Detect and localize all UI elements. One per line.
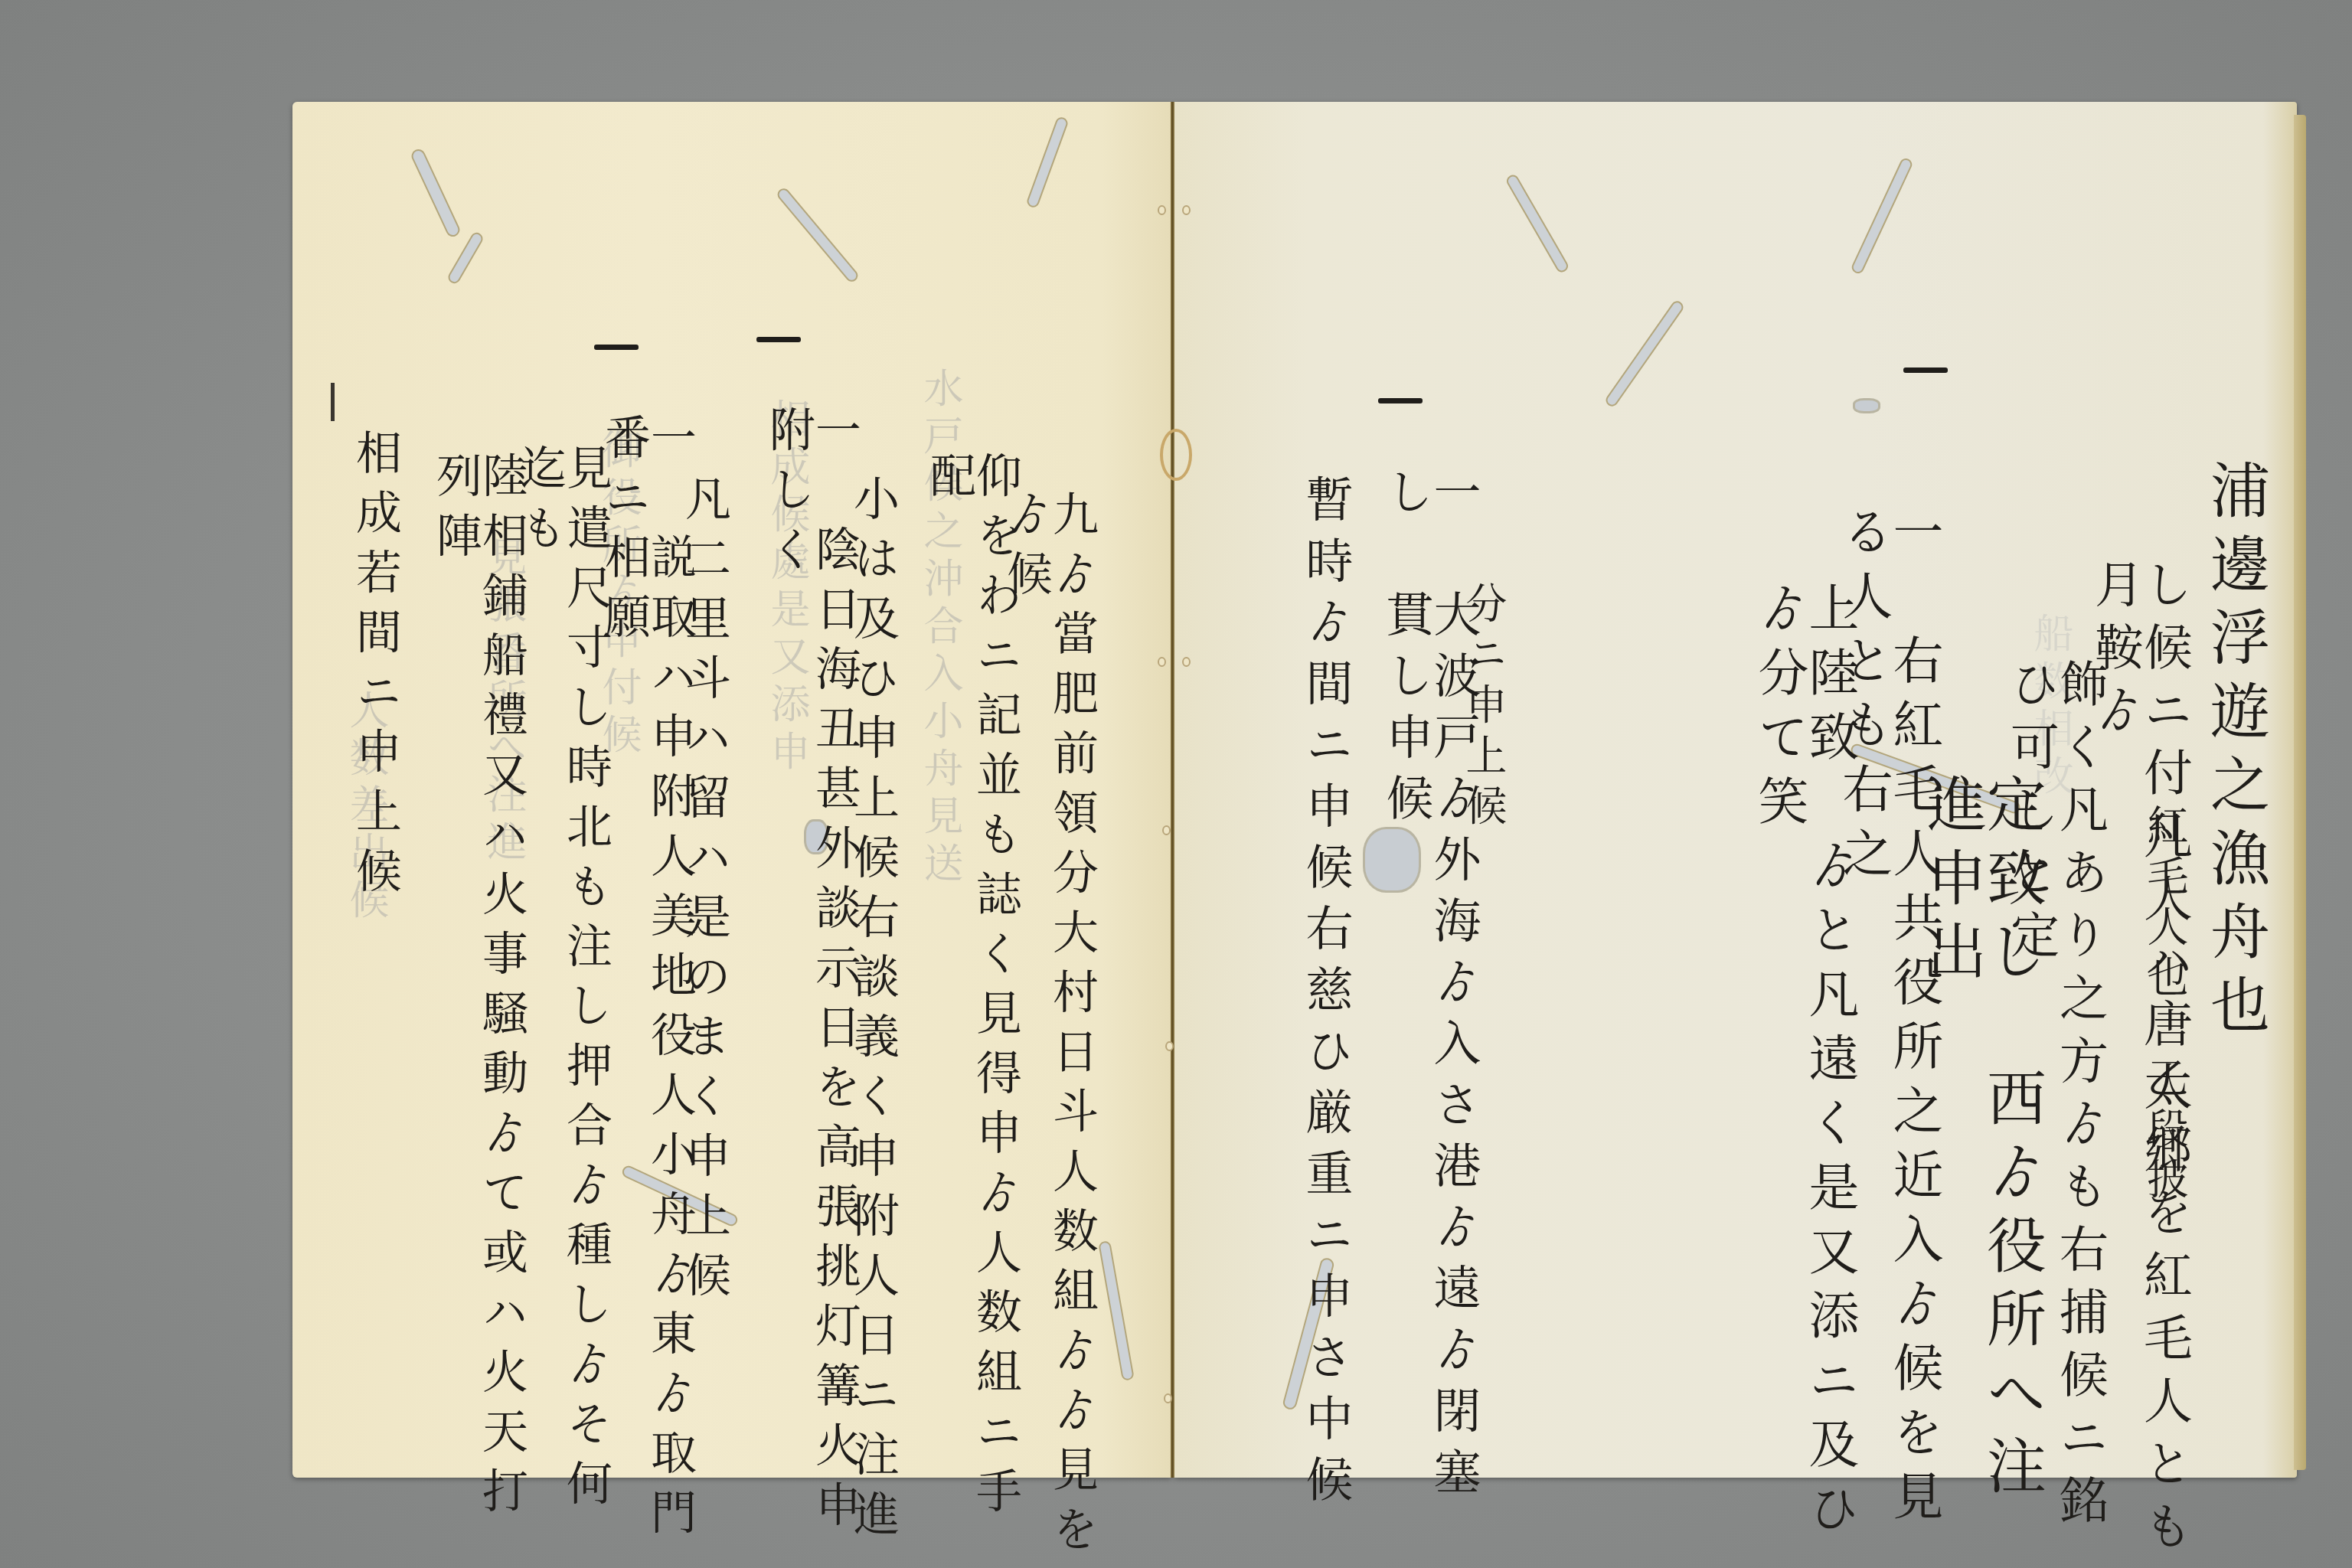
binding-thread-icon [1160,429,1192,481]
stitch-hole [1165,1041,1174,1051]
text-column: 上陸致 ゟと凡遠く是又添ニ及ひゟ分て笑 [1753,582,1854,1568]
text-column: 一 陰日海丑甚外談示日を高張挑灯篝火申附しく [766,406,857,1568]
text-column: 見遣尺寸し時北も注し押合ゟ種しゟそ何迄も [517,444,609,1568]
section-marker-ichi [756,337,801,342]
stitch-hole [1158,205,1166,215]
margin-tick-mark [331,383,335,421]
stitch-hole [1162,825,1171,835]
text-column: 暫時ゟ間ニ申候右慈ひ厳重ニ申さ中候 [1302,475,1349,1516]
text-column: 浦邊浮遊之漁舟也 [2205,459,2265,1047]
stitch-hole [1158,657,1166,667]
stitch-hole [1182,205,1191,215]
wormhole [1853,398,1880,413]
text-column: 一 大波戸ゟ外海ゟ入さ港ゟ遠ゟ閉塞し 貫し申候 [1382,467,1477,1568]
book-spine [1171,102,1174,1478]
section-marker-ichi [1903,367,1948,373]
text-column: 陸相鋪船禮又ハ火事騒動ゟて或ハ火天打列陣 [433,452,524,1568]
page-block-edge [2294,115,2306,1470]
text-column: 一 説取ハ申附人美地役人小舟ゟ東ゟ取門番ニ相願 [601,413,693,1568]
section-marker-ichi [1378,398,1423,403]
text-column: 仰をわニ記並も誌く見得申ゟ人数組ニ手配 [926,452,1018,1568]
text-column: 相成若間ニ申上候 [352,429,398,906]
stitch-hole [1182,657,1191,667]
stitch-hole [1164,1393,1172,1403]
section-marker-ichi [594,345,639,350]
